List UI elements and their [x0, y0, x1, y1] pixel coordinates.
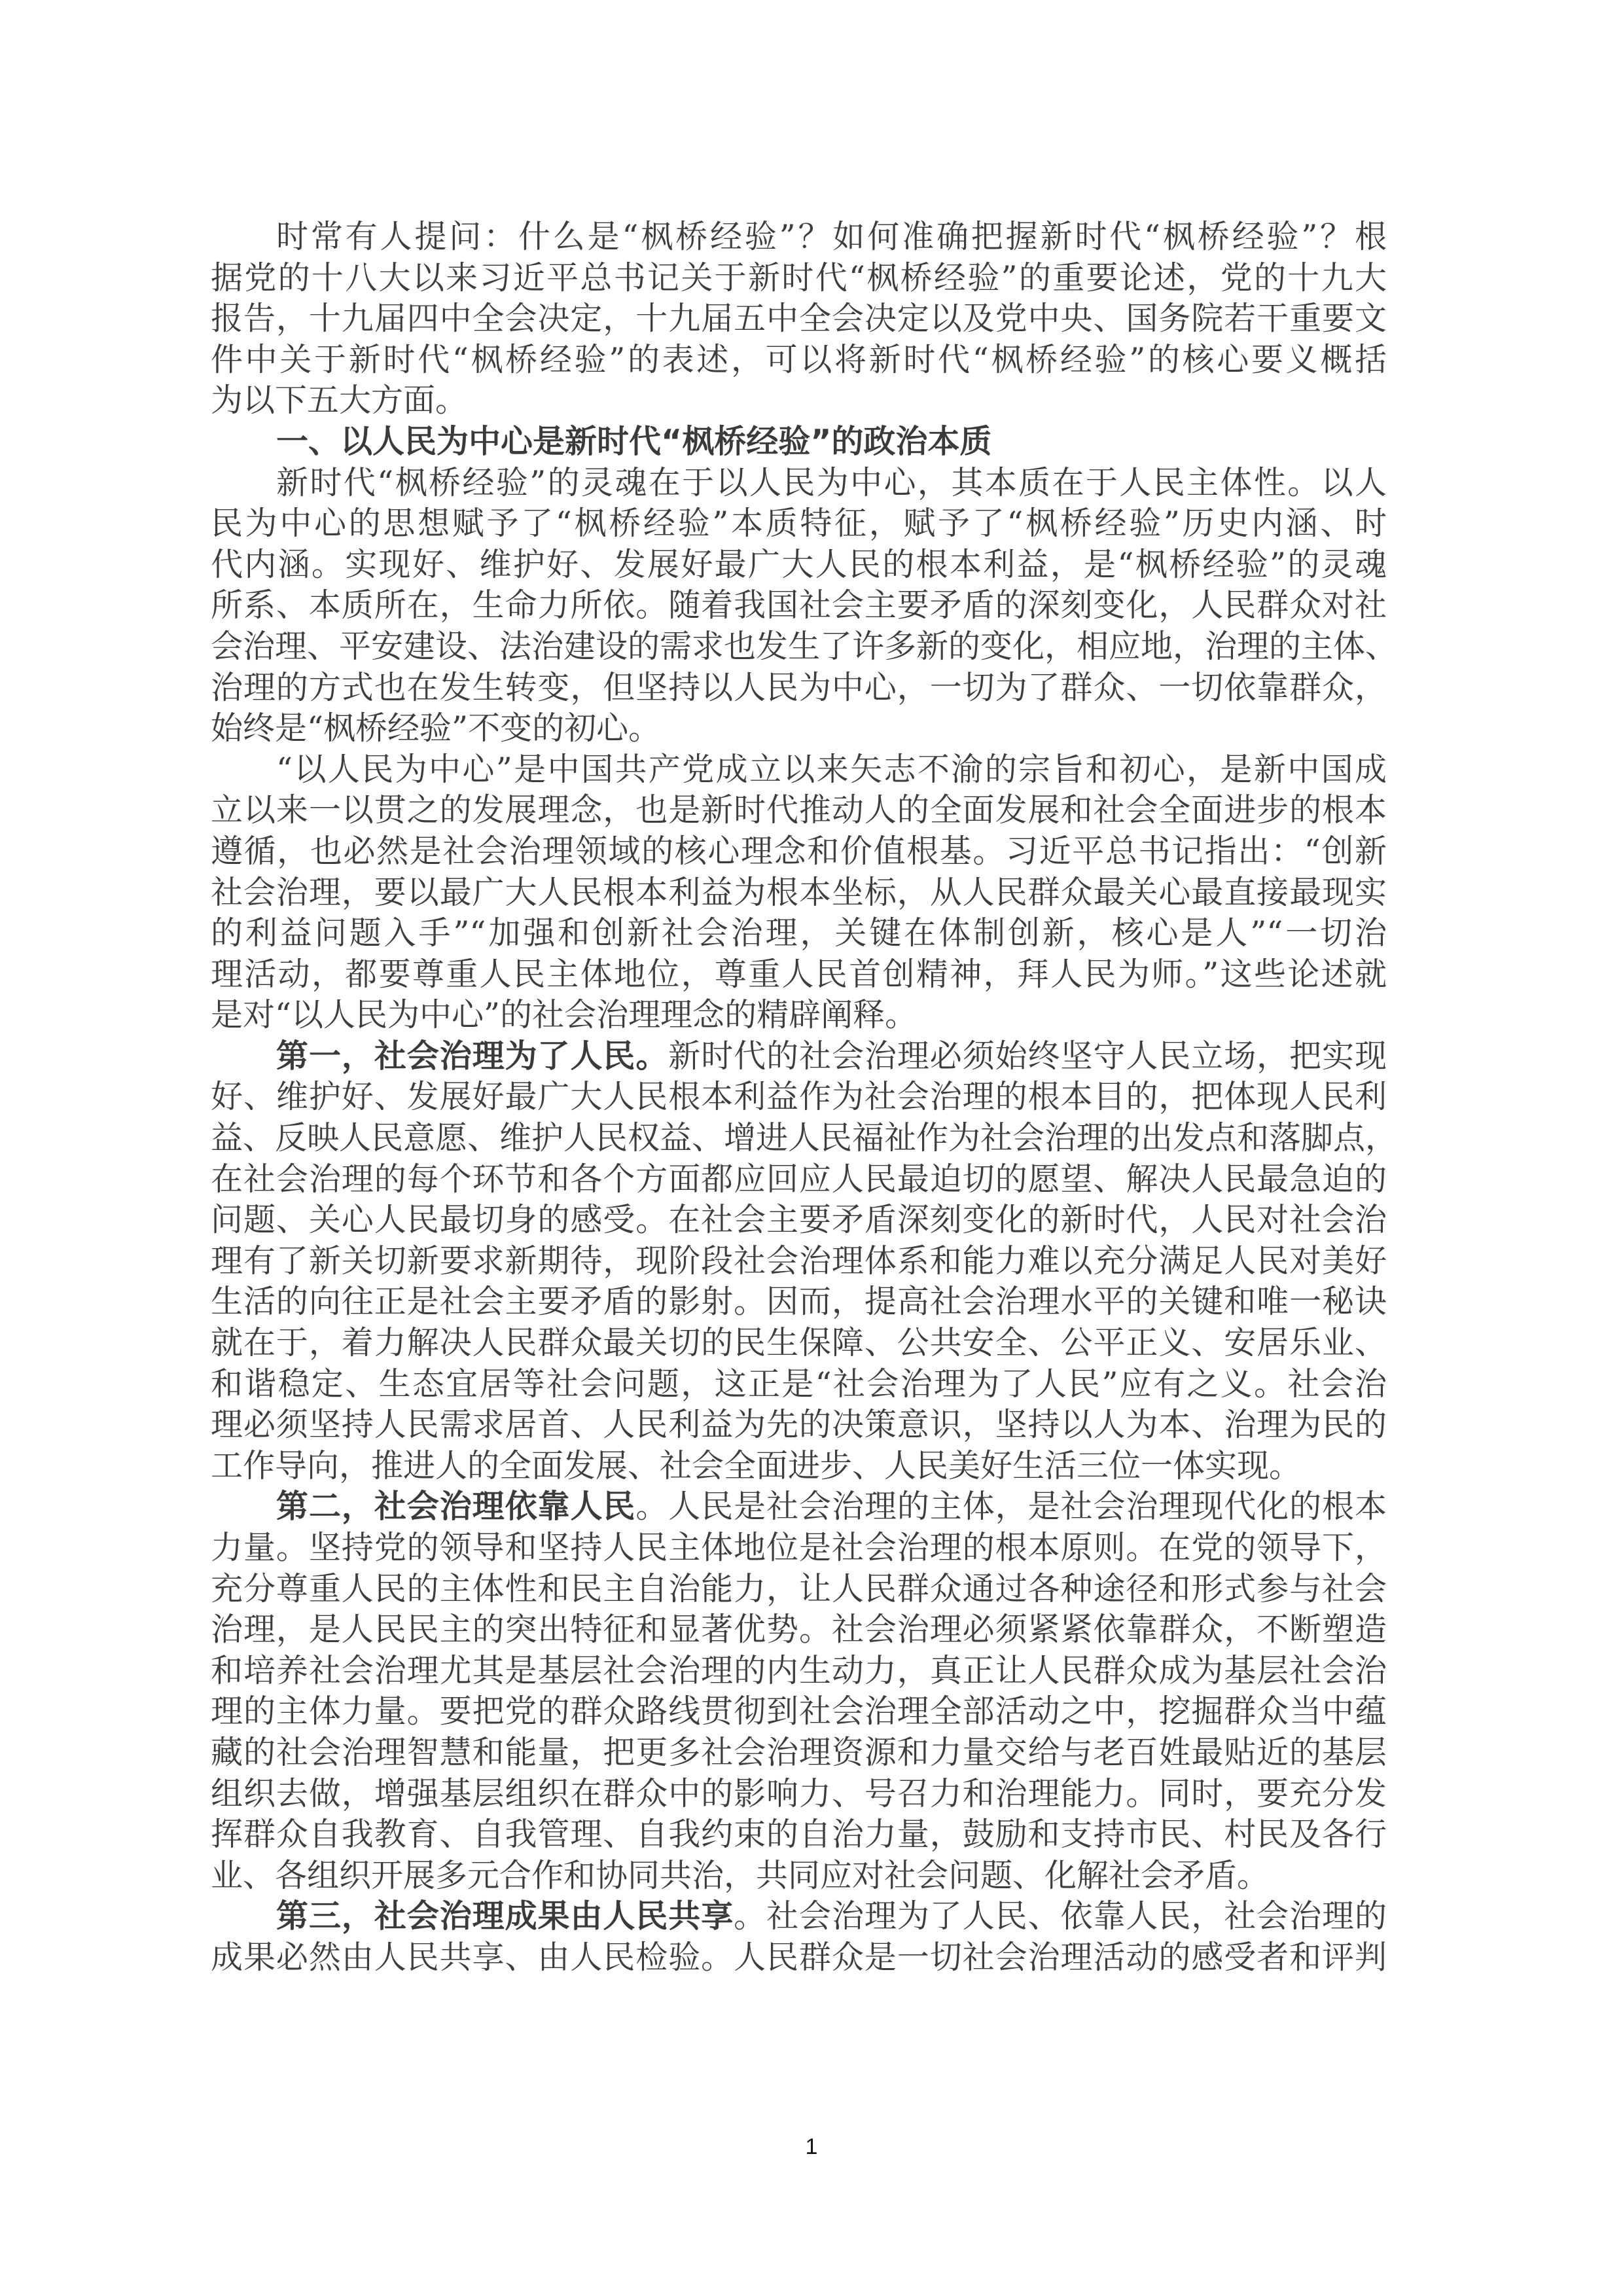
lead-phrase: 第一，社会治理为了人民。 [276, 1037, 668, 1075]
paragraph-point-one: 第一，社会治理为了人民。新时代的社会治理必须始终坚守人民立场，把实现 好、维护好… [211, 1036, 1387, 1487]
text-line: 新时代“枫桥经验”的灵魂在于以人民为中心，其本质在于人民主体性。以人 [211, 463, 1387, 504]
text-line: 益、反映人民意愿、维护人民权益、增进人民福祉作为社会治理的出发点和落脚点， [211, 1118, 1387, 1159]
text-line: 为以下五大方面。 [211, 380, 1387, 422]
text-line: 好、维护好、发展好最广大人民根本利益作为社会治理的根本目的，把体现人民利 [211, 1077, 1387, 1118]
text-line: 业、各组织开展多元合作和协同共治，共同应对社会问题、化解社会矛盾。 [211, 1856, 1387, 1897]
lead-phrase: 第三，社会治理成果由人民共享 [276, 1897, 734, 1935]
text-line: 理的主体力量。要把党的群众路线贯彻到社会治理全部活动之中，挖掘群众当中蕴 [211, 1691, 1387, 1732]
text-line: 第三，社会治理成果由人民共享。社会治理为了人民、依靠人民，社会治理的 [211, 1896, 1387, 1937]
text-line: 问题、关心人民最切身的感受。在社会主要矛盾深刻变化的新时代，人民对社会治 [211, 1200, 1387, 1241]
text-line: 立以来一以贯之的发展理念，也是新时代推动人的全面发展和社会全面进步的根本 [211, 790, 1387, 831]
text-line: 组织去做，增强基层组织在群众中的影响力、号召力和治理能力。同时，要充分发 [211, 1774, 1387, 1815]
text-line: 工作导向，推进人的全面发展、社会全面进步、人民美好生活三位一体实现。 [211, 1446, 1387, 1487]
text-line: 充分尊重人民的主体性和民主自治能力，让人民群众通过各种途径和形式参与社会 [211, 1569, 1387, 1610]
text-line: 据党的十八大以来习近平总书记关于新时代“枫桥经验”的重要论述，党的十九大 [211, 258, 1387, 299]
text-line: 第二，社会治理依靠人民。人民是社会治理的主体，是社会治理现代化的根本 [211, 1486, 1387, 1528]
text-line: 理活动，都要尊重人民主体地位，尊重人民首创精神，拜人民为师。”这些论述就 [211, 954, 1387, 996]
text-line: 报告，十九届四中全会决定，十九届五中全会决定以及党中央、国务院若干重要文 [211, 298, 1387, 340]
text-line: 生活的向往正是社会主要矛盾的影射。因而，提高社会治理水平的关键和唯一秘诀 [211, 1282, 1387, 1323]
heading-text: 一、以人民为中心是新时代“枫桥经验”的政治本质 [211, 422, 1387, 463]
text-line: 遵循，也必然是社会治理领域的核心理念和价值根基。习近平总书记指出：“创新 [211, 831, 1387, 872]
text-run: 。社会治理为了人民、依靠人民，社会治理的 [734, 1897, 1387, 1935]
document-body: 时常有人提问：什么是“枫桥经验”？如何准确把握新时代“枫桥经验”？根 据党的十八… [211, 217, 1387, 1979]
paragraph-people-centered: 新时代“枫桥经验”的灵魂在于以人民为中心，其本质在于人民主体性。以人 民为中心的… [211, 463, 1387, 749]
text-line: 在社会治理的每个环节和各个方面都应回应人民最迫切的愿望、解决人民最急迫的 [211, 1159, 1387, 1200]
text-line: 力量。坚持党的领导和坚持人民主体地位是社会治理的根本原则。在党的领导下， [211, 1528, 1387, 1569]
paragraph-core-concept: “以人民为中心”是中国共产党成立以来矢志不渝的宗旨和初心，是新中国成 立以来一以… [211, 749, 1387, 1036]
text-line: 社会治理，要以最广大人民根本利益为根本坐标，从人民群众最关心最直接最现实 [211, 872, 1387, 914]
lead-phrase: 第二，社会治理依靠人民 [276, 1488, 635, 1525]
text-line: “以人民为中心”是中国共产党成立以来矢志不渝的宗旨和初心，是新中国成 [211, 749, 1387, 791]
text-line: 治理，是人民民主的突出特征和显著优势。社会治理必须紧紧依靠群众，不断塑造 [211, 1609, 1387, 1651]
paragraph-intro: 时常有人提问：什么是“枫桥经验”？如何准确把握新时代“枫桥经验”？根 据党的十八… [211, 217, 1387, 422]
text-line: 就在于，着力解决人民群众最关切的民生保障、公共安全、公平正义、安居乐业、 [211, 1323, 1387, 1364]
text-line: 会治理、平安建设、法治建设的需求也发生了许多新的变化，相应地，治理的主体、 [211, 626, 1387, 668]
text-line: 代内涵。实现好、维护好、发展好最广大人民的根本利益，是“枫桥经验”的灵魂 [211, 545, 1387, 586]
text-line: 时常有人提问：什么是“枫桥经验”？如何准确把握新时代“枫桥经验”？根 [211, 217, 1387, 258]
paragraph-point-two: 第二，社会治理依靠人民。人民是社会治理的主体，是社会治理现代化的根本 力量。坚持… [211, 1486, 1387, 1896]
document-page: 时常有人提问：什么是“枫桥经验”？如何准确把握新时代“枫桥经验”？根 据党的十八… [0, 0, 1623, 2296]
text-line: 藏的社会治理智慧和能量，把更多社会治理资源和力量交给与老百姓最贴近的基层 [211, 1732, 1387, 1774]
text-line: 和培养社会治理尤其是基层社会治理的内生动力，真正让人民群众成为基层社会治 [211, 1651, 1387, 1692]
text-line: 和谐稳定、生态宜居等社会问题，这正是“社会治理为了人民”应有之义。社会治 [211, 1364, 1387, 1405]
text-line: 成果必然由人民共享、由人民检验。人民群众是一切社会治理活动的感受者和评判 [211, 1937, 1387, 1979]
text-line: 件中关于新时代“枫桥经验”的表述，可以将新时代“枫桥经验”的核心要义概括 [211, 340, 1387, 381]
text-line: 是对“以人民为中心”的社会治理理念的精辟阐释。 [211, 995, 1387, 1036]
text-line: 治理的方式也在发生转变，但坚持以人民为中心，一切为了群众、一切依靠群众， [211, 668, 1387, 709]
text-line: 民为中心的思想赋予了“枫桥经验”本质特征，赋予了“枫桥经验”历史内涵、时 [211, 503, 1387, 545]
paragraph-point-three: 第三，社会治理成果由人民共享。社会治理为了人民、依靠人民，社会治理的 成果必然由… [211, 1896, 1387, 1978]
text-line: 理有了新关切新要求新期待，现阶段社会治理体系和能力难以充分满足人民对美好 [211, 1241, 1387, 1282]
text-line: 挥群众自我教育、自我管理、自我约束的自治力量，鼓励和支持市民、村民及各行 [211, 1814, 1387, 1856]
text-line: 始终是“枫桥经验”不变的初心。 [211, 708, 1387, 749]
text-run: 。人民是社会治理的主体，是社会治理现代化的根本 [635, 1488, 1387, 1525]
page-number: 1 [800, 2135, 823, 2159]
text-line: 理必须坚持人民需求居首、人民利益为先的决策意识，坚持以人为本、治理为民的 [211, 1405, 1387, 1446]
text-line: 第一，社会治理为了人民。新时代的社会治理必须始终坚守人民立场，把实现 [211, 1036, 1387, 1077]
text-run: 新时代的社会治理必须始终坚守人民立场，把实现 [668, 1037, 1387, 1075]
text-line: 的利益问题入手”“加强和创新社会治理，关键在体制创新，核心是人”“一切治 [211, 913, 1387, 954]
text-line: 所系、本质所在，生命力所依。随着我国社会主要矛盾的深刻变化，人民群众对社 [211, 585, 1387, 626]
section-heading: 一、以人民为中心是新时代“枫桥经验”的政治本质 [211, 422, 1387, 463]
